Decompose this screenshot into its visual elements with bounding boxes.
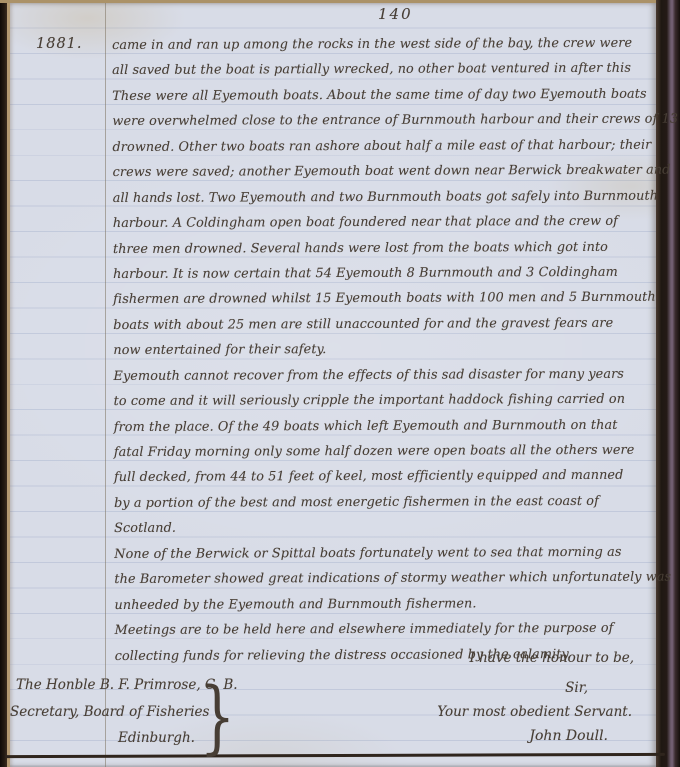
address-recipient-title: Secretary, Board of Fisheries <box>10 704 209 720</box>
letter-line: were overwhelmed close to the entrance o… <box>112 107 660 135</box>
page-number: 140 <box>378 5 413 23</box>
letter-line: Scotland. <box>114 514 662 542</box>
address-brace: } <box>200 682 236 752</box>
margin-rule-line <box>105 3 106 767</box>
address-recipient-city: Edinburgh. <box>118 730 195 746</box>
letter-line: the Barometer showed great indications o… <box>114 565 662 593</box>
letter-line: Meetings are to be held here and elsewhe… <box>115 616 663 644</box>
letter-line: came in and ran up among the rocks in th… <box>112 31 660 59</box>
letter-line: fishermen are drowned whilst 15 Eyemouth… <box>113 285 661 313</box>
letter-line: Eyemouth cannot recover from the effects… <box>113 361 661 389</box>
letter-line: harbour. A Coldingham open boat foundere… <box>113 209 661 237</box>
letter-line: drowned. Other two boats ran ashore abou… <box>112 132 660 160</box>
letter-line: crews were saved; another Eyemouth boat … <box>113 158 661 186</box>
letter-line: all hands lost. Two Eyemouth and two Bur… <box>113 183 661 211</box>
book-spine-edge <box>0 0 7 767</box>
letter-line: by a portion of the best and most energe… <box>114 488 662 516</box>
letter-line: from the place. Of the 49 boats which le… <box>114 412 662 440</box>
closing-servant-line: Your most obedient Servant. <box>437 704 632 720</box>
letter-line: These were all Eyemouth boats. About the… <box>112 81 660 109</box>
letter-line: to come and it will seriously cripple th… <box>114 387 662 415</box>
manuscript-scan: { "page": { "number": "140", "margin_yea… <box>0 0 680 767</box>
letter-line: fatal Friday morning only some half doze… <box>114 438 662 466</box>
letter-body: came in and ran up among the rocks in th… <box>112 31 663 669</box>
letter-line: three men drowned. Several hands were lo… <box>113 234 661 262</box>
letter-line: None of the Berwick or Spittal boats for… <box>114 539 662 567</box>
signature: John Doull. <box>529 728 608 744</box>
page-edge-top <box>0 0 680 3</box>
letter-line: full decked, from 44 to 51 feet of keel,… <box>114 463 662 491</box>
letter-line: unheeded by the Eyemouth and Burnmouth f… <box>114 590 662 618</box>
margin-year: 1881. <box>36 36 83 52</box>
letter-line: boats with about 25 men are still unacco… <box>113 310 661 338</box>
closing-honour-line: I have the honour to be, <box>469 650 634 666</box>
letter-line: all saved but the boat is partially wrec… <box>112 56 660 84</box>
letter-line: now entertained for their safety. <box>113 336 661 364</box>
closing-sir-line: Sir, <box>565 680 588 696</box>
letter-line: harbour. It is now certain that 54 Eyemo… <box>113 260 661 288</box>
